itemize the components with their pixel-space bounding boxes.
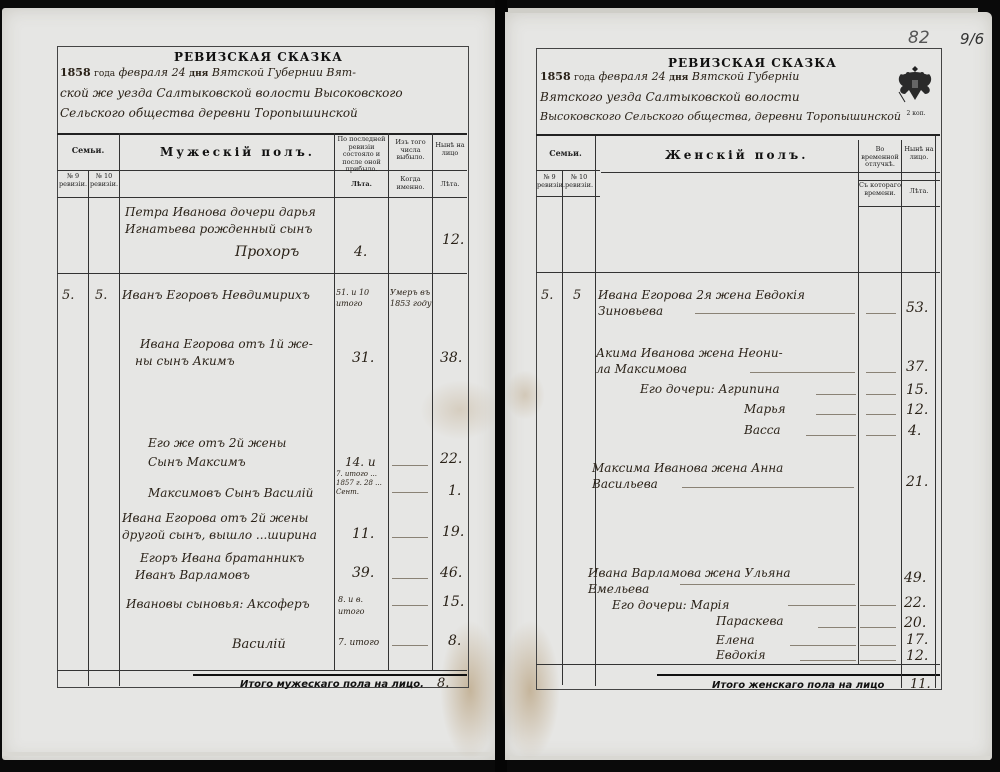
day: 24 [172,66,186,79]
dash-mark [682,487,854,488]
entry-present-age: 53. [906,300,928,316]
entry-present-age: 4. [908,423,921,439]
male-total-value: 8. [437,676,449,691]
female-total-value: 11. [910,677,931,692]
dash-mark [866,372,896,373]
entry-last-revision-age: 8. и в. итого [338,594,388,618]
entry-name-line: Иванъ Егоровъ Невдимирихъ [122,288,310,302]
header-divider [601,172,940,173]
left-page-title: РЕВИЗСКАЯ СКАЗКА [174,50,343,64]
dash-mark [866,394,896,395]
col-divider [334,133,335,670]
col-header-rev9: № 9 ревизіи. [58,173,88,188]
entry-name-line: Егоръ Ивана братанникъ [140,551,304,565]
col-divider [562,170,563,685]
dash-mark [860,605,896,606]
dash-mark [392,492,428,493]
entry-rev9-number: 5. [62,288,74,303]
col-header-when: Когда именно. [389,176,432,191]
left-header-line1: 1858 года февраля 24 дня Вятской Губерни… [60,66,356,79]
page-edge [508,8,978,13]
dash-mark [816,414,856,415]
entry-present-age: 15. [906,382,928,398]
archive-pencil-number: 82 [908,28,930,48]
dash-mark [816,394,856,395]
entry-last-revision-age: 7. итого [338,638,379,648]
dash-mark [800,660,856,661]
male-total-label: Итого мужескаго пола на лицо. [240,679,424,690]
entry-last-revision-age: 4. [354,244,367,260]
entry-present-age: 8. [448,633,461,649]
female-total-label: Итого женскаго пола на лицо [712,680,884,691]
dash-mark [392,465,428,466]
entry-present-age: 21. [906,474,928,490]
col-header-family: Семьи. [536,150,595,158]
entry-last-revision-age: 51. и 10 итого [336,287,388,309]
entry-name-line: Марья [744,402,786,416]
entry-present-age: 38. [440,350,462,366]
left-header-line3: Сельского общества деревни Торопышинской [60,106,358,120]
dash-mark [788,605,856,606]
entry-present-age: 1. [448,483,461,499]
entry-name-line: Максимовъ Сынъ Василій [148,486,313,500]
entry-present-age: 17. [906,632,928,648]
entry-present-age: 22. [904,595,926,611]
entry-name-line: Ивана Егорова отъ 1й же- [140,337,313,351]
right-header-line1: 1858 года февраля 24 дня Вятской Губерні… [540,70,799,83]
col-divider [388,133,389,670]
entry-name-line: Параскева [716,614,784,628]
entry-name-line: Евдокія [716,648,766,662]
entry-name-line: Петра Иванова дочери дарья [125,205,316,219]
col-header-male: Мужескій полъ. [160,145,315,159]
total-rule [657,674,940,676]
page-edge [510,756,990,760]
entry-present-age: 12. [906,402,928,418]
day-label: дня [189,69,208,79]
entry-last-revision-age: 39. [352,565,374,581]
entry-name-line: Ивана Егорова отъ 2й жены [122,511,308,525]
col-header-present: Нынѣ на лицо [433,142,467,157]
entry-present-age: 12. [442,232,464,248]
entry-name-line: Ивановы сыновья: Аксоферъ [126,597,310,611]
entry-name-line: Васильева [592,477,658,491]
dash-mark [790,645,856,646]
dash-mark [860,627,896,628]
header-divider [536,170,600,171]
col-header-years: Лѣта. [902,188,936,196]
right-header-line2: Вятского уезда Салтыковской волости [540,90,800,104]
entry-name-line: Его же отъ 2й жены [148,436,286,450]
col-header-temp-absent: Во временной отлучкѣ. [859,146,901,169]
dash-mark [806,435,856,436]
entry-name-line: Его дочери: Агрипина [640,382,780,396]
entry-name-line: Зиновьева [598,304,663,318]
entry-present-age: 46. [440,565,462,581]
entry-present-age: 15. [442,594,464,610]
col-header-female: Женскій полъ. [665,148,808,162]
dash-mark [392,645,428,646]
dash-mark [392,537,428,538]
entry-name-line: Игнатьева рожденный сынъ [125,222,312,236]
dash-mark [866,414,896,415]
entry-last-revision-age: 31. [352,350,374,366]
entry-name-line: Елена [716,633,755,647]
entry-present-age: 12. [906,648,928,664]
entry-departed-when: Умеръ въ 1853 году [390,287,432,309]
entry-last-revision-age: 11. [352,526,374,542]
province: Вятской Губерніи [692,70,800,83]
entry-rev10-number: 5. [95,288,107,303]
coat-of-arms-emblem [893,62,937,110]
entry-name-line: другой сынъ, вышло ...ширина [122,528,317,542]
year: 1858 [60,66,91,79]
entry-name-line: Василій [232,637,286,652]
day: 24 [652,70,666,83]
col-divider [595,136,596,686]
entry-present-age: 22. [440,451,462,467]
total-rule [193,674,467,676]
entry-last-revision-age: 7. итого ... 1857 г. 28 ... Сент. [336,470,388,497]
col-divider [935,136,936,688]
col-header-departed: Изъ того числа выбыло. [389,139,432,162]
row-divider [536,272,940,273]
entry-name-line: Сынъ Максимъ [148,455,246,469]
month: февраля [599,70,648,83]
archive-ink-number: 9/6 [960,30,984,48]
year: 1858 [540,70,571,83]
header-divider [536,196,600,197]
col-header-family: Семьи. [57,147,119,155]
dash-mark [392,605,428,606]
entry-name-line: Его дочери: Марія [612,598,729,612]
double-headed-eagle-icon [893,62,937,110]
year-label: года [574,73,595,83]
month: февраля [119,66,168,79]
dash-mark [860,645,896,646]
entry-name-line: Иванъ Варламовъ [135,568,250,582]
dash-mark [860,660,896,661]
dash-mark [680,584,855,585]
col-divider [901,140,902,688]
dash-mark [392,578,428,579]
page-edge [2,752,492,756]
stamp-price: 2 коп. [898,110,934,118]
entry-name-line: Максима Иванова жена Анна [592,461,783,475]
entry-name-line: Ивана Егорова 2я жена Евдокія [598,288,805,302]
year-label: года [94,69,115,79]
entry-name-line: Ивана Варламова жена Ульяна [588,566,791,580]
dash-mark [866,313,896,314]
left-header-line2: ской же уезда Салтыковской волости Высок… [60,86,403,100]
col-divider [432,133,433,670]
col-divider [858,140,859,664]
col-divider [119,133,120,686]
col-header-last-revision: По последней ревизіи состояло и после он… [335,136,388,174]
table-bottom-rule [536,664,940,665]
col-header-years: Лѣта. [433,181,467,189]
entry-present-age: 19. [442,524,464,540]
col-header-rev10: № 10 ревизіи. [89,173,119,188]
col-header-rev9: № 9 ревизіи. [537,174,562,189]
entry-name-line: Прохоръ [235,244,299,260]
col-header-rev10: № 10 ревизіи. [563,174,595,189]
entry-rev9-number: 5. [541,288,553,303]
entry-present-age: 20. [904,615,926,631]
entry-rev10-number: 5 [573,288,581,303]
right-page-title: РЕВИЗСКАЯ СКАЗКА [668,56,837,70]
col-header-present: Нынѣ на лицо. [902,146,936,161]
col-divider [88,170,89,686]
entry-name-line: Емельева [588,582,649,596]
right-header-line3: Высоковского Сельского общества, деревни… [540,110,901,123]
entry-present-age: 49. [904,570,926,586]
day-label: дня [669,73,688,83]
entry-last-revision-age: 14. и [345,455,376,469]
col-header-since: Съ котораго времени. [859,182,901,197]
col-header-years: Лѣта. [335,181,388,189]
dash-mark [750,372,855,373]
entry-name-line: Акима Иванова жена Неони- [596,346,783,360]
table-top-rule [536,134,940,136]
dash-mark [695,313,855,314]
dash-mark [866,435,896,436]
dash-mark [818,627,856,628]
province: Вятской Губернии Вят- [212,66,356,79]
entry-name-line: ны сынъ Акимъ [135,354,235,368]
entry-present-age: 37. [906,359,928,375]
entry-name-line: ла Максимова [596,362,687,376]
header-divider [859,206,940,207]
entry-name-line: Васса [744,423,781,437]
